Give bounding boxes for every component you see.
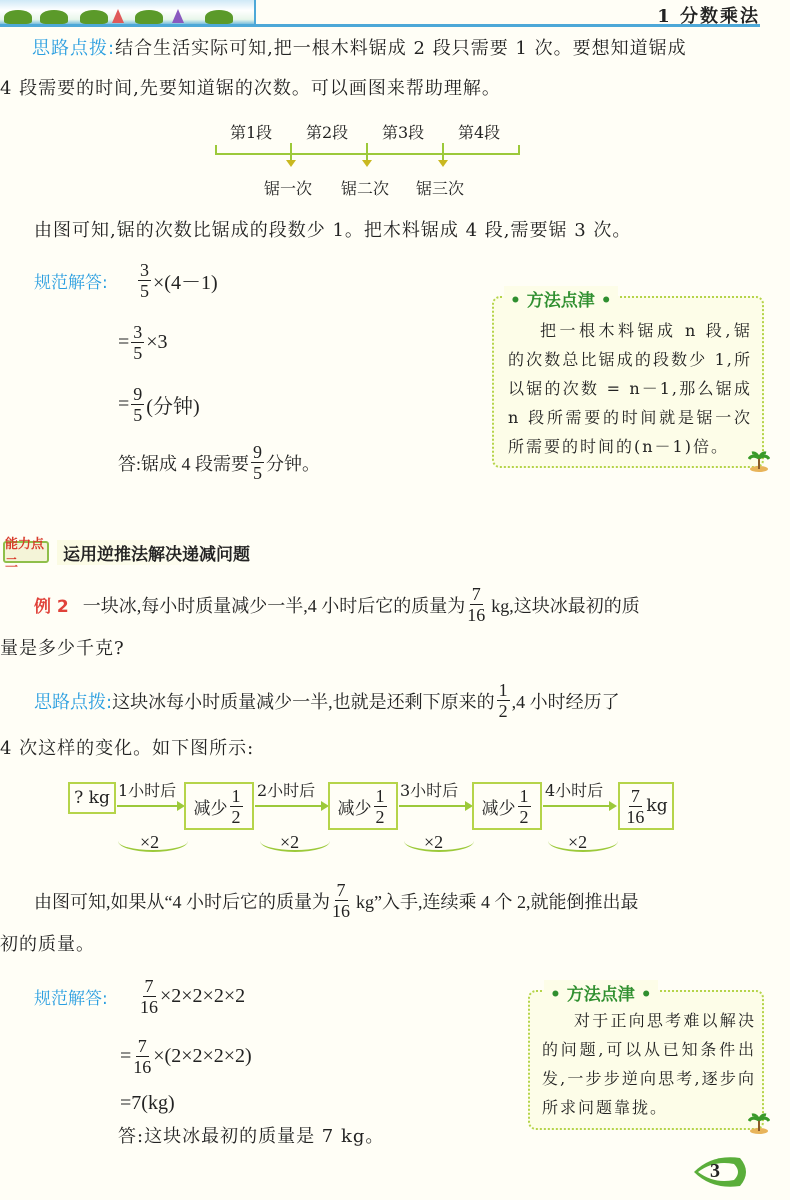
conclusion-text: 由图可知,锯的次数比锯成的段数少 1。把木料锯成 4 段,需要锯 3 次。 (34, 218, 631, 244)
solution-step-1: 35 ×(4－1) (136, 260, 218, 301)
hint-label: 思路点拨: (32, 38, 115, 59)
solution-step-2: = 716 ×(2×2×2×2) (120, 1036, 252, 1077)
hint-paragraph-2-cont: 4 次这样的变化。如下图所示: (0, 736, 254, 762)
palm-island-icon (748, 450, 770, 472)
segment-label: 第1段 (230, 120, 272, 143)
method-tip-box: • 方法点津 • 对于正向思考难以解决的问题,可以从已知条件出发,一步步逆向思考… (528, 990, 764, 1130)
right-arrow-icon (255, 805, 327, 807)
palm-tree-icon (80, 10, 108, 24)
decrease-box: 减少12 (472, 782, 542, 830)
cut-arrow-icon (366, 143, 368, 163)
times-two-label: ×2 (424, 832, 443, 853)
header-rule (0, 24, 760, 27)
segment-label: 第3段 (382, 120, 424, 143)
end-mass-box: 716kg (618, 782, 674, 830)
right-arrow-icon (543, 805, 615, 807)
answer-1: 答:锯成 4 段需要 95 分钟。 (118, 442, 320, 483)
hint-paragraph-2: 思路点拨: 这块冰每小时质量减少一半,也就是还剩下原来的 12 ,4 小时经历了 (34, 680, 620, 721)
fraction: 95 (251, 442, 264, 483)
cut-label: 锯二次 (341, 176, 389, 199)
fraction: 716 (133, 1036, 151, 1077)
step-label: 4小时后 (545, 778, 603, 801)
step-label: 1小时后 (118, 778, 176, 801)
solution-label: 规范解答: (34, 984, 108, 1009)
hint-label: 思路点拨: (34, 688, 112, 714)
right-arrow-icon (117, 805, 183, 807)
example2-question-cont: 量是多少千克? (0, 636, 125, 662)
palm-tree-icon (205, 10, 233, 24)
palm-island-icon (748, 1112, 770, 1134)
fraction: 716 (332, 880, 350, 921)
example2-question: 例 2 一块冰,每小时质量减少一半,4 小时后它的质量为 716 kg,这块冰最… (34, 584, 640, 625)
answer-2: 答:这块冰最初的质量是 7 kg。 (118, 1124, 384, 1150)
page-number: 3 (710, 1160, 720, 1183)
palm-tree-icon (135, 10, 163, 24)
fraction: 716 (140, 976, 158, 1017)
solution-step-3: = 95 (分钟) (118, 384, 200, 425)
cut-arrow-icon (442, 143, 444, 163)
times-two-label: ×2 (568, 832, 587, 853)
section-title: 运用逆推法解决递减问题 (57, 540, 256, 565)
solution-label: 规范解答: (34, 268, 108, 293)
header-banner (0, 0, 256, 26)
step-label: 3小时后 (400, 778, 458, 801)
method-tip-box: • 方法点津 • 把一根木料锯成 n 段,锯的次数总比锯成的段数少 1,所以锯的… (492, 296, 764, 468)
fraction: 35 (138, 260, 151, 301)
decrease-box: 减少12 (328, 782, 398, 830)
conclusion-2-cont: 初的质量。 (0, 932, 95, 958)
sailboat-icon (112, 9, 124, 23)
chapter-title: 1 分数乘法 (657, 2, 760, 28)
tip-title: • 方法点津 • (504, 286, 618, 311)
hint-paragraph-1-cont: 4 段需要的时间,先要知道锯的次数。可以画图来帮助理解。 (0, 76, 501, 102)
times-two-label: ×2 (280, 832, 299, 853)
step-label: 2小时后 (257, 778, 315, 801)
right-arrow-icon (399, 805, 471, 807)
tip-body: 把一根木料锯成 n 段,锯的次数总比锯成的段数少 1,所以锯的次数 = n－1,… (508, 316, 752, 461)
times-two-label: ×2 (140, 832, 159, 853)
fraction: 716 (467, 584, 485, 625)
section-badge: 能力点二 (3, 541, 49, 563)
tip-title: • 方法点津 • (544, 980, 658, 1005)
cut-arrow-icon (290, 143, 292, 163)
conclusion-2: 由图可知,如果从“4 小时后它的质量为 716 kg”入手,连续乘 4 个 2,… (34, 880, 639, 921)
segment-label: 第4段 (458, 120, 500, 143)
cut-label: 锯一次 (264, 176, 312, 199)
page-number-swoosh-icon (692, 1152, 752, 1192)
palm-tree-icon (40, 10, 68, 24)
fraction: 12 (497, 680, 510, 721)
decrease-box: 减少12 (184, 782, 254, 830)
palm-tree-icon (4, 10, 32, 24)
fraction: 95 (131, 384, 144, 425)
hint-paragraph-1: 思路点拨:结合生活实际可知,把一根木料锯成 2 段只需要 1 次。要想知道锯成 (32, 36, 687, 62)
example-label: 例 2 (34, 592, 69, 617)
segment-label: 第2段 (306, 120, 348, 143)
cut-label: 锯三次 (416, 176, 464, 199)
sailboat-icon (172, 9, 184, 23)
page-number-badge: 3 (692, 1152, 752, 1192)
fraction: 35 (131, 322, 144, 363)
tip-body: 对于正向思考难以解决的问题,可以从已知条件出发,一步步逆向思考,逐步向所求问题靠… (542, 1006, 756, 1122)
solution-step-3: =7(kg) (120, 1092, 175, 1115)
start-mass-box: ? kg (68, 782, 116, 814)
solution-step-1: 716 ×2×2×2×2 (138, 976, 245, 1017)
solution-step-2: = 35 ×3 (118, 322, 168, 363)
